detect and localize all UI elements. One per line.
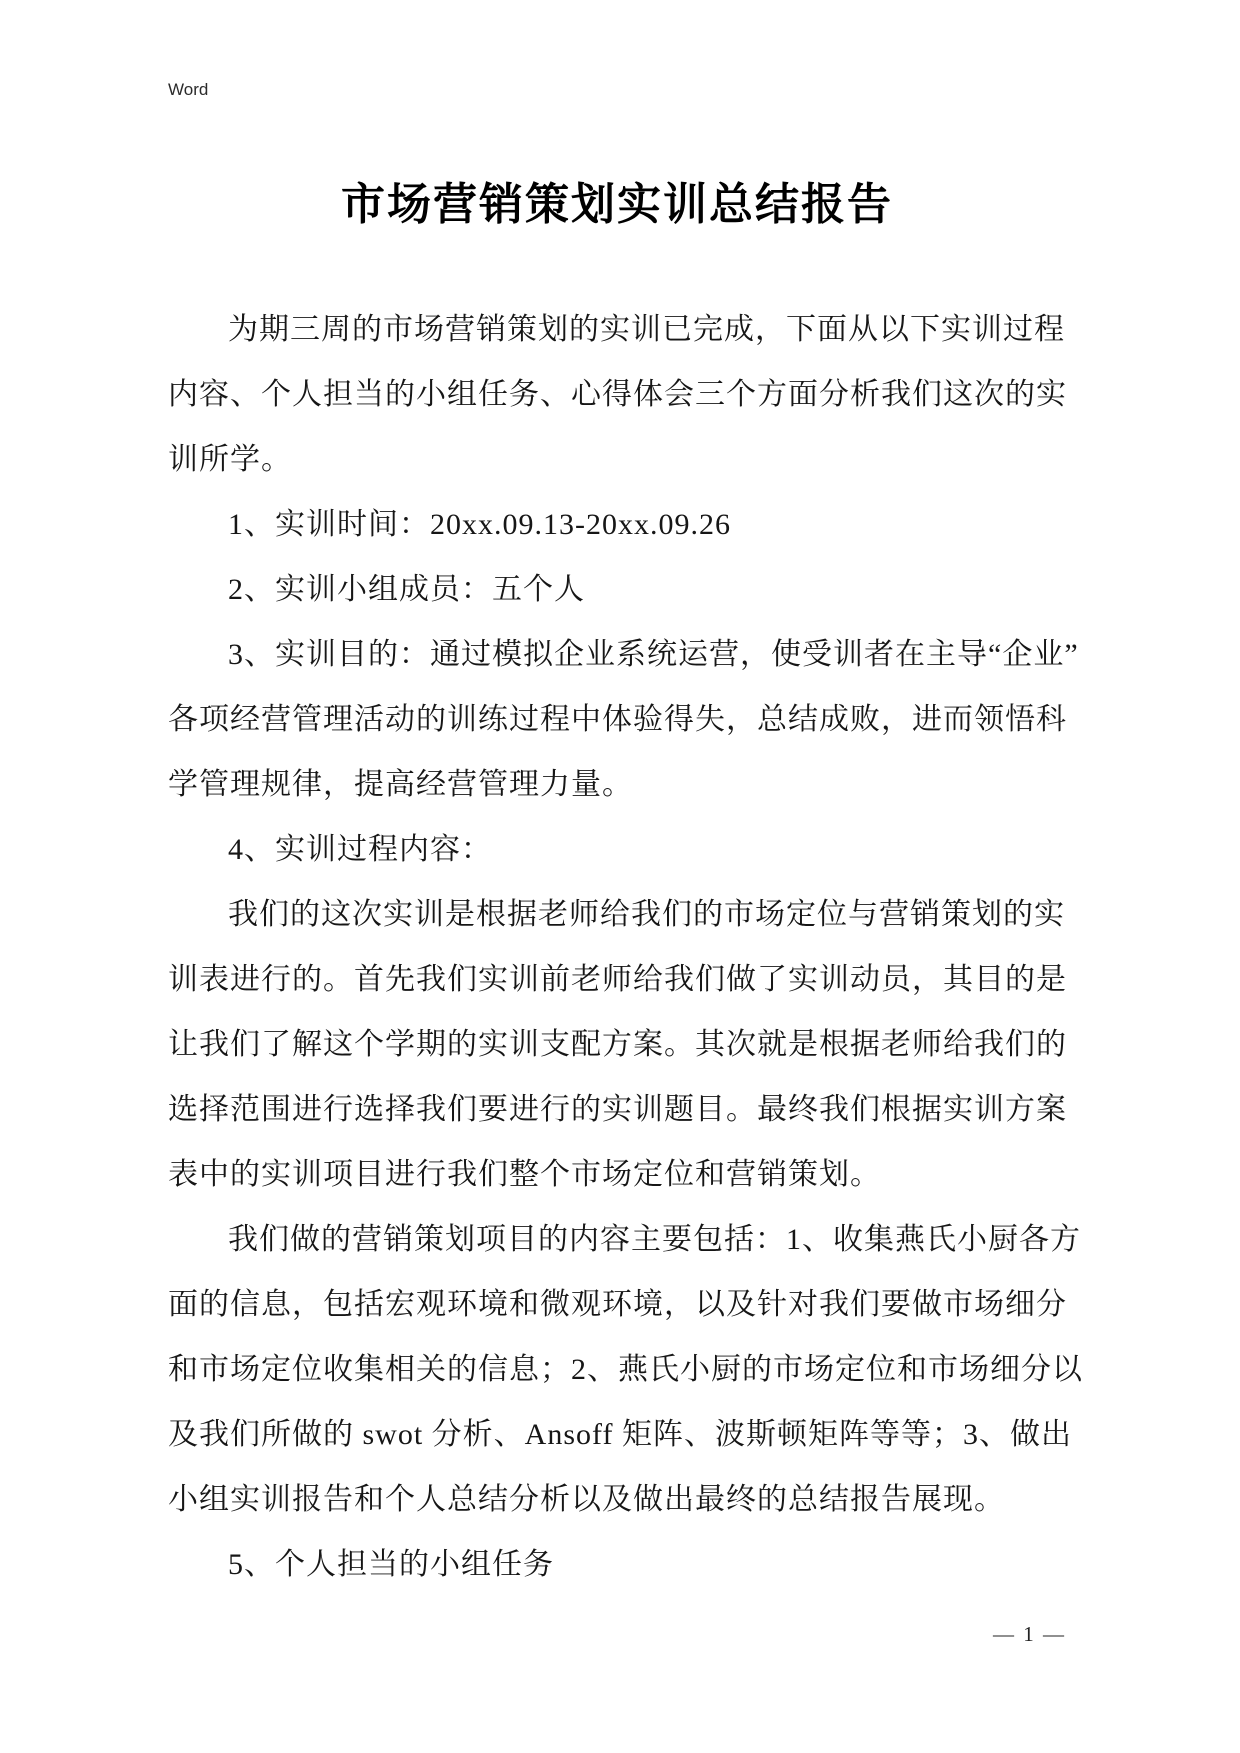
body-text-line: 小组实训报告和个人总结分析以及做出最终的总结报告展现。	[168, 1467, 1068, 1532]
body-text-line: 和市场定位收集相关的信息；2、燕氏小厨的市场定位和市场细分以	[168, 1337, 1068, 1402]
body-text-line: 训所学。	[168, 427, 1068, 492]
document-page: Word 市场营销策划实训总结报告 为期三周的市场营销策划的实训已完成，下面从以…	[0, 0, 1240, 1753]
body-text-line: 学管理规律，提高经营管理力量。	[168, 752, 1068, 817]
body-text-line: 各项经营管理活动的训练过程中体验得失，总结成败，进而领悟科	[168, 687, 1068, 752]
body-text-line: 训表进行的。首先我们实训前老师给我们做了实训动员，其目的是	[168, 947, 1068, 1012]
word-watermark-label: Word	[168, 80, 208, 100]
body-text-line: 内容、个人担当的小组任务、心得体会三个方面分析我们这次的实	[168, 362, 1068, 427]
body-text-line: 3、实训目的：通过模拟企业系统运营，使受训者在主导“企业”	[168, 622, 1068, 687]
body-text-line: 4、实训过程内容：	[168, 817, 1068, 882]
body-text-line: 我们做的营销策划项目的内容主要包括：1、收集燕氏小厨各方	[168, 1207, 1068, 1272]
body-text-line: 让我们了解这个学期的实训支配方案。其次就是根据老师给我们的	[168, 1012, 1068, 1077]
body-text-line: 为期三周的市场营销策划的实训已完成，下面从以下实训过程	[168, 297, 1068, 362]
body-text-line: 及我们所做的 swot 分析、Ansoff 矩阵、波斯顿矩阵等等；3、做出	[168, 1402, 1068, 1467]
body-text-line: 面的信息，包括宏观环境和微观环境，以及针对我们要做市场细分	[168, 1272, 1068, 1337]
body-text-line: 5、个人担当的小组任务	[168, 1532, 1068, 1597]
document-title: 市场营销策划实训总结报告	[168, 168, 1066, 232]
page-number: — 1 —	[168, 1622, 1066, 1647]
body-text-line: 2、实训小组成员：五个人	[168, 557, 1068, 622]
body-text-line: 1、实训时间：20xx.09.13-20xx.09.26	[168, 492, 1068, 557]
body-text-line: 选择范围进行选择我们要进行的实训题目。最终我们根据实训方案	[168, 1077, 1068, 1142]
body-text-line: 表中的实训项目进行我们整个市场定位和营销策划。	[168, 1142, 1068, 1207]
document-body: 为期三周的市场营销策划的实训已完成，下面从以下实训过程 内容、个人担当的小组任务…	[168, 297, 1068, 1597]
body-text-line: 我们的这次实训是根据老师给我们的市场定位与营销策划的实	[168, 882, 1068, 947]
